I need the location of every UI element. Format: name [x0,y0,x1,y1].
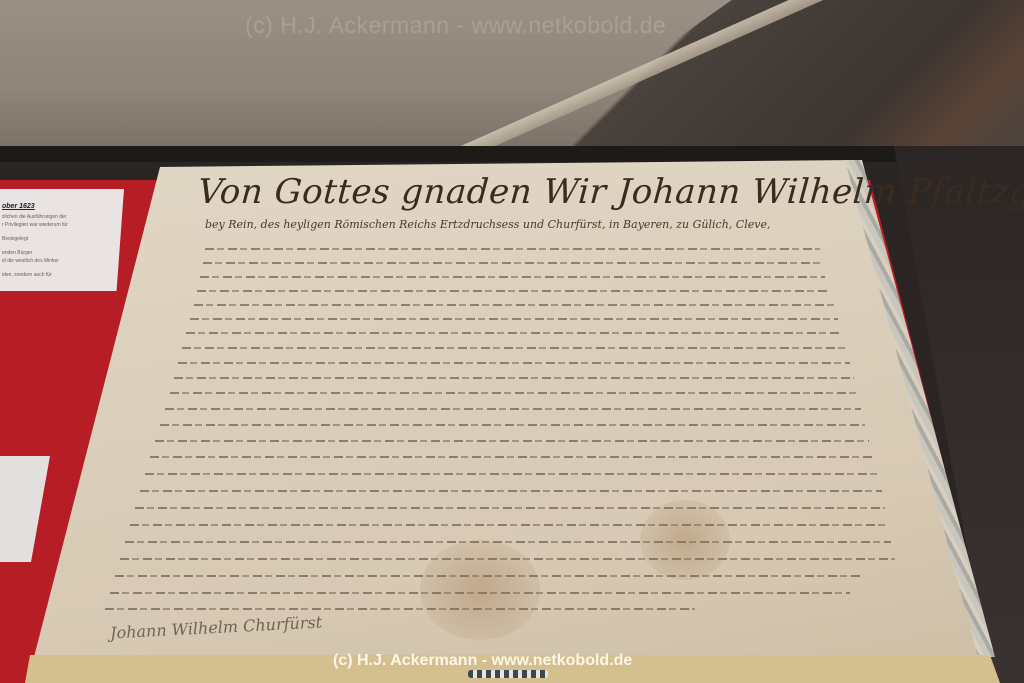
label-line: r Privilegien war wiederum für [2,222,124,228]
label-line: zlichen die Ausführungen der [2,214,124,220]
watermark-bottom: (c) H.J. Ackermann - www.netkobold.de [333,652,632,670]
label-title: ober 1623 [2,203,124,210]
seal-cord [468,670,548,678]
label-line: iden, sondern auch für [2,272,124,278]
info-label-card: ober 1623 zlichen die Ausführungen der r… [0,189,124,291]
document-heading: Von Gottes gnaden Wir Johann Wilhelm Pfa… [197,172,800,212]
parchment-stain [420,540,540,640]
label-line: Besiegelegt [2,236,124,242]
parchment-stain [640,500,730,580]
watermark-top: (c) H.J. Ackermann - www.netkobold.de [245,12,666,39]
document-subheading: bey Rein, des heyligen Römischen Reichs … [205,218,770,231]
label-line: id die westlich des Minker [2,258,124,264]
label-line: enden Bürger [2,250,124,256]
